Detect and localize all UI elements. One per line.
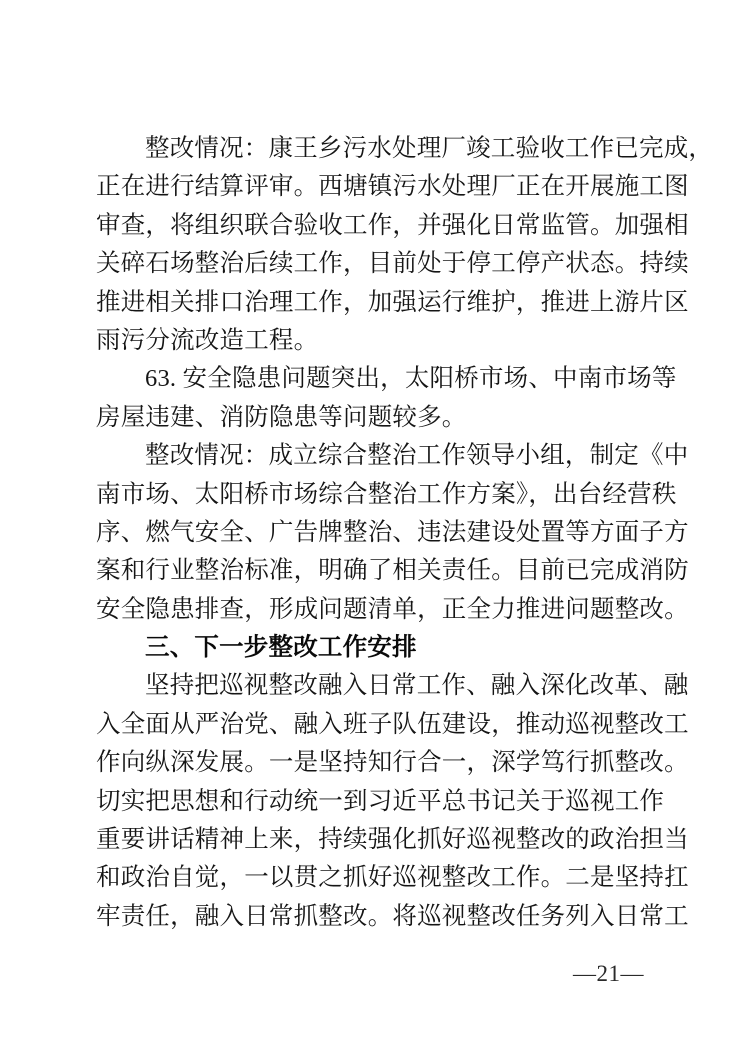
text-line: 切实把思想和行动统一到习近平总书记关于巡视工作	[96, 783, 696, 821]
text-line: 推进相关排口治理工作，加强运行维护，推进上游片区	[96, 284, 696, 322]
text-line: 安全隐患排查，形成问题清单，正全力推进问题整改。	[96, 591, 696, 629]
remediation-status-paragraph-1: 整改情况：康王乡污水处理厂竣工验收工作已完成， 正在进行结算评审。西塘镇污水处理…	[96, 130, 696, 360]
text-line: 63. 安全隐患问题突出，太阳桥市场、中南市场等	[96, 360, 696, 398]
text-line: 关碎石场整治后续工作，目前处于停工停产状态。持续	[96, 245, 696, 283]
text-line: 和政治自觉，一以贯之抓好巡视整改工作。二是坚持扛	[96, 859, 696, 897]
text-line: 审查，将组织联合验收工作，并强化日常监管。加强相	[96, 207, 696, 245]
document-body: 整改情况：康王乡污水处理厂竣工验收工作已完成， 正在进行结算评审。西塘镇污水处理…	[96, 130, 696, 936]
text-line: 整改情况：成立综合整治工作领导小组，制定《中	[96, 437, 696, 475]
text-line: 坚持把巡视整改融入日常工作、融入深化改革、融	[96, 667, 696, 705]
document-page: 整改情况：康王乡污水处理厂竣工验收工作已完成， 正在进行结算评审。西塘镇污水处理…	[0, 0, 750, 1061]
next-steps-paragraph: 坚持把巡视整改融入日常工作、融入深化改革、融 入全面从严治党、融入班子队伍建设，…	[96, 667, 696, 936]
text-line: 案和行业整治标准，明确了相关责任。目前已完成消防	[96, 552, 696, 590]
text-line: 整改情况：康王乡污水处理厂竣工验收工作已完成，	[96, 130, 696, 168]
remediation-status-paragraph-2: 整改情况：成立综合整治工作领导小组，制定《中 南市场、太阳桥市场综合整治工作方案…	[96, 437, 696, 629]
text-line: 雨污分流改造工程。	[96, 322, 696, 360]
text-line: 入全面从严治党、融入班子队伍建设，推动巡视整改工	[96, 706, 696, 744]
text-line: 牢责任，融入日常抓整改。将巡视整改任务列入日常工	[96, 898, 696, 936]
text-line: 南市场、太阳桥市场综合整治工作方案》，出台经营秩	[96, 476, 696, 514]
text-line: 房屋违建、消防隐患等问题较多。	[96, 399, 696, 437]
page-number: —21—	[573, 960, 644, 988]
section-heading: 三、下一步整改工作安排	[96, 629, 696, 667]
text-line: 重要讲话精神上来，持续强化抓好巡视整改的政治担当	[96, 821, 696, 859]
next-steps-heading-paragraph: 三、下一步整改工作安排	[96, 629, 696, 667]
text-line: 正在进行结算评审。西塘镇污水处理厂正在开展施工图	[96, 168, 696, 206]
issue-63-paragraph: 63. 安全隐患问题突出，太阳桥市场、中南市场等 房屋违建、消防隐患等问题较多。	[96, 360, 696, 437]
text-line: 序、燃气安全、广告牌整治、违法建设处置等方面子方	[96, 514, 696, 552]
text-line: 作向纵深发展。一是坚持知行合一，深学笃行抓整改。	[96, 744, 696, 782]
